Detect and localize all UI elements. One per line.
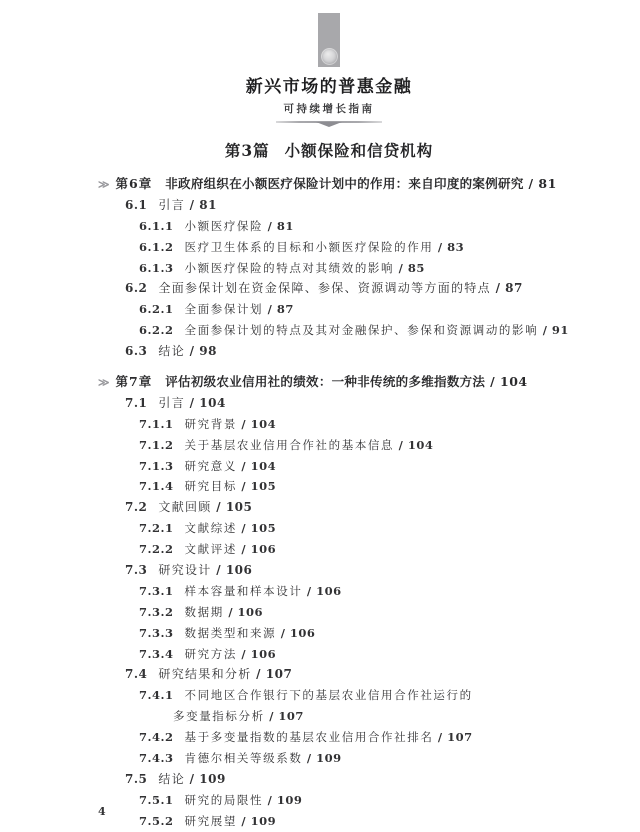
toc-entry-number: 6.2.1 — [139, 302, 174, 316]
divider-arrow-icon — [316, 122, 342, 127]
toc-entry-page: / 104 — [185, 396, 226, 410]
toc-entry-title: 研究意义 — [185, 459, 237, 473]
toc-entry-number: 7.3.2 — [139, 605, 174, 619]
toc-section-row: 7.3.3数据类型和来源 / 106 — [0, 623, 640, 644]
toc-entry-number: 6.1.1 — [139, 219, 174, 233]
toc-entry-title: 样本容量和样本设计 — [185, 584, 303, 598]
toc-entry-title: 评估初级农业信用社的绩效：一种非传统的多维指数方法 — [165, 374, 485, 389]
toc-entry-number: 6.1.2 — [139, 240, 174, 254]
toc-entry-page: / 105 — [212, 500, 253, 514]
toc-section-row: 7.2.2文献评述 / 106 — [0, 539, 640, 560]
toc-page: 新兴市场的普惠金融 可持续增长指南 第3篇小额保险和信贷机构 ≫第6章非政府组织… — [0, 0, 640, 832]
toc-section-row: 7.3.2数据期 / 106 — [0, 602, 640, 623]
toc-entry-title: 研究目标 — [185, 479, 237, 493]
toc-section-row: 6.1.1小额医疗保险 / 81 — [0, 216, 640, 237]
toc-entry-page: / 85 — [394, 261, 425, 275]
toc-entry-page: / 106 — [276, 626, 315, 640]
toc-entry-title: 研究的局限性 — [185, 793, 264, 807]
toc-entry-page: / 81 — [185, 198, 217, 212]
toc-entry-number: 7.4.1 — [139, 688, 174, 702]
toc-entry-number: 7.2 — [125, 500, 147, 514]
toc-entry-title: 引言 — [158, 396, 185, 410]
toc-entry-page: / 104 — [237, 417, 276, 431]
toc-section-row: 7.5.1研究的局限性 / 109 — [0, 790, 640, 811]
toc-section-row: 6.1.2医疗卫生体系的目标和小额医疗保险的作用 / 83 — [0, 237, 640, 258]
toc-entry-number: 7.1.2 — [139, 438, 174, 452]
toc-section-row: 7.4.1不同地区合作银行下的基层农业信用合作社运行的 — [0, 685, 640, 706]
toc-entry-number: 7.2.2 — [139, 542, 174, 556]
toc-chapter-row: ≫第7章评估初级农业信用社的绩效：一种非传统的多维指数方法 / 104 — [0, 372, 640, 393]
toc-entry-title: 研究方法 — [185, 647, 237, 661]
toc-section-row: 7.3.4研究方法 / 106 — [0, 644, 640, 665]
toc-entry-page: / 91 — [538, 323, 569, 337]
toc-entry-title: 全面参保计划的特点及其对金融保护、参保和资源调动的影响 — [185, 323, 539, 337]
toc-section-row: 6.2.1全面参保计划 / 87 — [0, 299, 640, 320]
part-title: 第3篇小额保险和信贷机构 — [0, 139, 640, 161]
toc-entry-title: 文献评述 — [185, 542, 237, 556]
chevrons-right-icon: ≫ — [98, 376, 110, 389]
toc-entry-title: 全面参保计划在资金保障、参保、资源调动等方面的特点 — [158, 281, 491, 295]
toc-entry-number: 7.3 — [125, 563, 147, 577]
toc-entry-number: 7.1 — [125, 396, 147, 410]
toc-continuation-row: 多变量指标分析 / 107 — [0, 706, 640, 727]
toc-entry-title: 多变量指标分析 — [173, 709, 265, 723]
toc-section-row: 7.5.2研究展望 / 109 — [0, 811, 640, 832]
toc-entry-number: 第6章 — [116, 176, 153, 191]
toc-entry-title: 关于基层农业信用合作社的基本信息 — [185, 438, 395, 452]
toc-entry-page: / 87 — [263, 302, 294, 316]
toc-entry-title: 文献回顾 — [158, 500, 211, 514]
toc-section-row: 7.1.4研究目标 / 105 — [0, 476, 640, 497]
toc-entry-page: / 107 — [252, 667, 293, 681]
toc-entry-number: 7.1.4 — [139, 479, 174, 493]
part-name: 小额保险和信贷机构 — [285, 141, 434, 160]
toc-entry-page: / 109 — [185, 772, 226, 786]
toc-section-row: 6.1.3小额医疗保险的特点对其绩效的影响 / 85 — [0, 258, 640, 279]
toc-section-row: 6.2.2全面参保计划的特点及其对金融保护、参保和资源调动的影响 / 91 — [0, 320, 640, 341]
toc-entry-title: 研究展望 — [185, 814, 237, 828]
toc-entry-number: 7.3.1 — [139, 584, 174, 598]
toc-entry-number: 7.4.2 — [139, 730, 174, 744]
header-divider — [276, 121, 382, 123]
toc-entry-number: 7.3.4 — [139, 647, 174, 661]
toc-entry-number: 7.1.3 — [139, 459, 174, 473]
toc-entry-number: 7.2.1 — [139, 521, 174, 535]
toc-entry-title: 全面参保计划 — [185, 302, 264, 316]
toc-entry-page: / 81 — [524, 176, 557, 191]
toc-entry-number: 7.1.1 — [139, 417, 174, 431]
toc-section-row: 7.1引言 / 104 — [0, 393, 640, 414]
book-subtitle: 可持续增长指南 — [18, 101, 640, 116]
book-header: 新兴市场的普惠金融 可持续增长指南 — [0, 0, 640, 123]
toc-entry-page: / 106 — [224, 605, 263, 619]
toc-entry-page: / 104 — [237, 459, 276, 473]
toc-entry-page: / 106 — [212, 563, 253, 577]
toc-entry-number: 第7章 — [116, 374, 153, 389]
toc-list: ≫第6章非政府组织在小额医疗保险计划中的作用：来自印度的案例研究 / 816.1… — [0, 174, 640, 832]
toc-chapter-row: ≫第6章非政府组织在小额医疗保险计划中的作用：来自印度的案例研究 / 81 — [0, 174, 640, 195]
toc-section-row: 7.2文献回顾 / 105 — [0, 497, 640, 518]
toc-entry-page: / 104 — [485, 374, 527, 389]
toc-entry-page: / 106 — [237, 542, 276, 556]
toc-section-row: 7.1.3研究意义 / 104 — [0, 456, 640, 477]
toc-entry-page: / 98 — [185, 344, 217, 358]
toc-entry-title: 结论 — [158, 772, 185, 786]
toc-section-row: 7.3.1样本容量和样本设计 / 106 — [0, 581, 640, 602]
toc-entry-number: 7.5 — [125, 772, 147, 786]
page-number: 4 — [98, 805, 106, 818]
toc-entry-title: 引言 — [158, 198, 185, 212]
toc-entry-number: 6.2 — [125, 281, 147, 295]
toc-entry-number: 6.1 — [125, 198, 147, 212]
toc-entry-number: 6.3 — [125, 344, 147, 358]
toc-entry-page: / 105 — [237, 479, 276, 493]
toc-entry-page: / 81 — [263, 219, 294, 233]
toc-entry-title: 肯德尔相关等级系数 — [185, 751, 303, 765]
toc-section-row: 7.3研究设计 / 106 — [0, 560, 640, 581]
toc-section-row: 7.1.2关于基层农业信用合作社的基本信息 / 104 — [0, 435, 640, 456]
toc-entry-page: / 109 — [302, 751, 341, 765]
toc-entry-number: 7.5.1 — [139, 793, 174, 807]
toc-entry-number: 7.4.3 — [139, 751, 174, 765]
toc-entry-title: 结论 — [158, 344, 185, 358]
toc-entry-page: / 106 — [237, 647, 276, 661]
toc-entry-title: 非政府组织在小额医疗保险计划中的作用：来自印度的案例研究 — [165, 176, 523, 191]
book-title: 新兴市场的普惠金融 — [18, 72, 640, 97]
toc-section-row: 7.2.1文献综述 / 105 — [0, 518, 640, 539]
toc-section-row: 7.4研究结果和分析 / 107 — [0, 664, 640, 685]
publisher-seal-icon — [321, 48, 338, 65]
toc-entry-page: / 107 — [433, 730, 472, 744]
toc-entry-title: 数据类型和来源 — [185, 626, 277, 640]
toc-section-row: 6.3结论 / 98 — [0, 341, 640, 362]
toc-section-row: 6.1引言 / 81 — [0, 195, 640, 216]
toc-entry-title: 研究结果和分析 — [158, 667, 251, 681]
toc-entry-title: 文献综述 — [185, 521, 237, 535]
chevrons-right-icon: ≫ — [98, 178, 110, 191]
toc-entry-number: 7.5.2 — [139, 814, 174, 828]
toc-entry-page: / 106 — [302, 584, 341, 598]
toc-section-row: 7.5结论 / 109 — [0, 769, 640, 790]
toc-section-row: 7.4.2基于多变量指数的基层农业信用合作社排名 / 107 — [0, 727, 640, 748]
toc-entry-page: / 105 — [237, 521, 276, 535]
toc-entry-page: / 109 — [237, 814, 276, 828]
toc-entry-title: 医疗卫生体系的目标和小额医疗保险的作用 — [185, 240, 434, 254]
toc-entry-title: 小额医疗保险的特点对其绩效的影响 — [185, 261, 395, 275]
toc-entry-page: / 83 — [433, 240, 464, 254]
toc-entry-number: 7.4 — [125, 667, 147, 681]
toc-entry-page: / 104 — [394, 438, 433, 452]
toc-section-row: 6.2全面参保计划在资金保障、参保、资源调动等方面的特点 / 87 — [0, 278, 640, 299]
toc-section-row: 7.1.1研究背景 / 104 — [0, 414, 640, 435]
toc-section-row: 7.4.3肯德尔相关等级系数 / 109 — [0, 748, 640, 769]
part-label: 第3篇 — [225, 141, 270, 160]
toc-entry-title: 研究背景 — [185, 417, 237, 431]
toc-entry-title: 数据期 — [185, 605, 224, 619]
banner-bar — [318, 13, 340, 67]
toc-entry-page: / 109 — [263, 793, 302, 807]
toc-entry-number: 6.2.2 — [139, 323, 174, 337]
toc-entry-title: 研究设计 — [158, 563, 211, 577]
toc-entry-page: / 87 — [491, 281, 523, 295]
toc-entry-title: 小额医疗保险 — [185, 219, 264, 233]
toc-entry-page: / 107 — [265, 709, 304, 723]
toc-entry-number: 6.1.3 — [139, 261, 174, 275]
toc-entry-title: 基于多变量指数的基层农业信用合作社排名 — [185, 730, 434, 744]
toc-entry-number: 7.3.3 — [139, 626, 174, 640]
toc-entry-title: 不同地区合作银行下的基层农业信用合作社运行的 — [185, 688, 473, 702]
